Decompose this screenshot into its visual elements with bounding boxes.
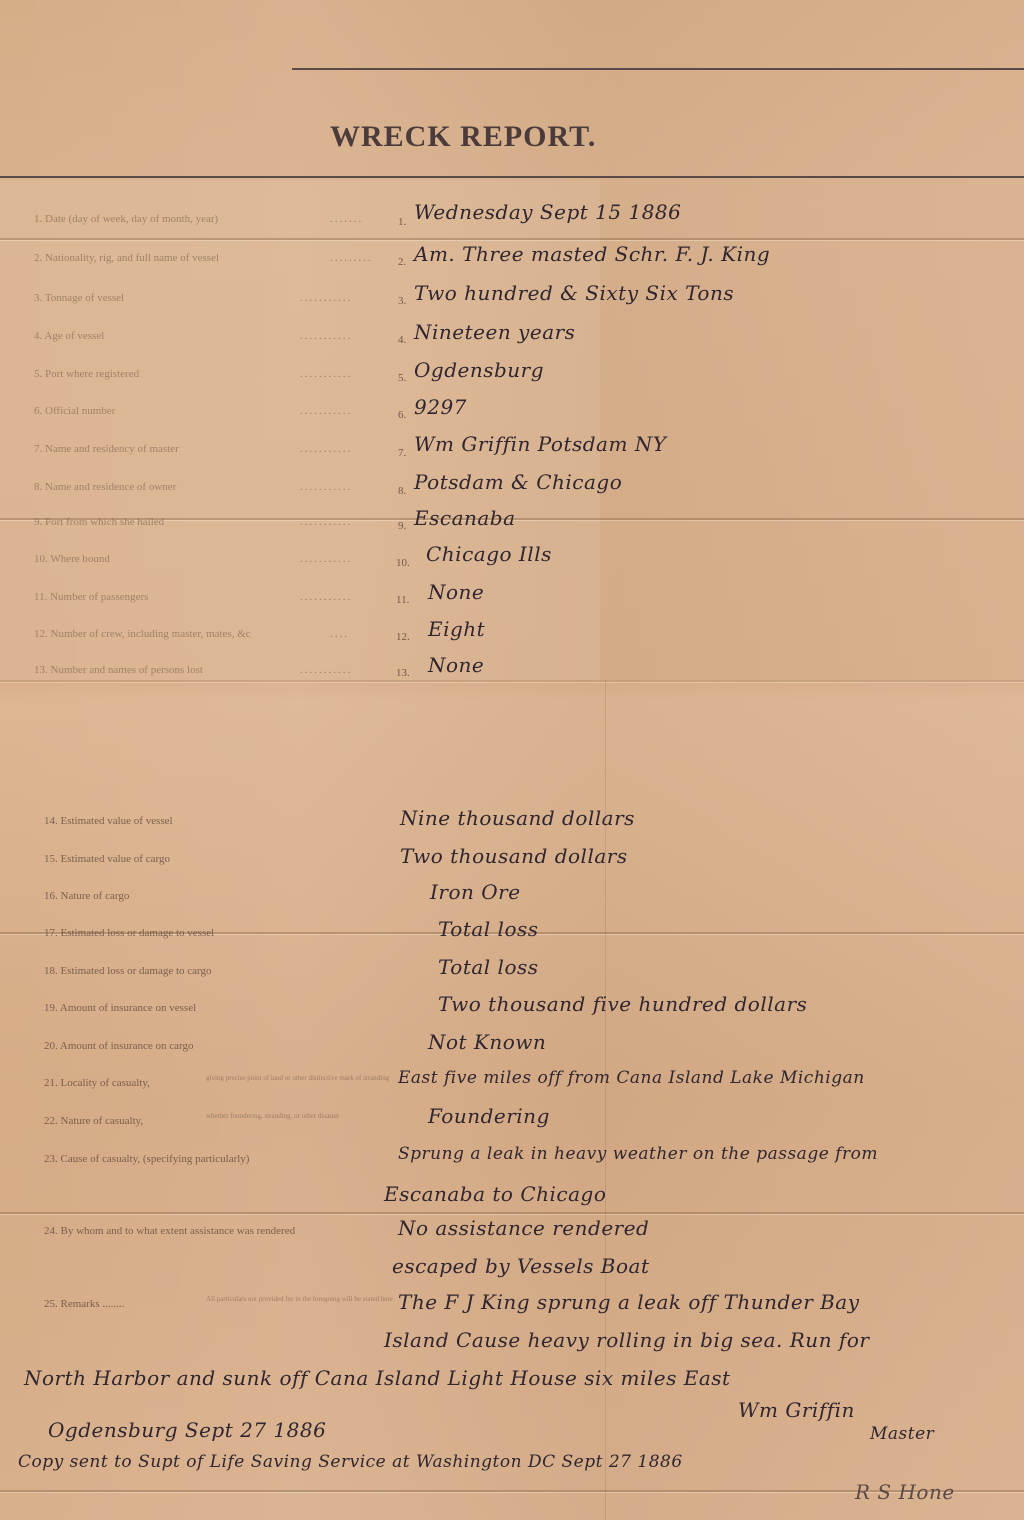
field-label: 4. Age of vessel [34, 330, 104, 342]
answer-number: 8. [398, 485, 406, 497]
answer-official-number: 9297 [414, 395, 467, 419]
field-hint: giving precise point of land or other di… [206, 1074, 386, 1083]
top-rule [292, 68, 1024, 70]
answer-cargo-loss: Total loss [438, 955, 539, 979]
field-label: 17. Estimated loss or damage to vessel [44, 927, 214, 939]
field-label: 6. Official number [34, 405, 115, 417]
fold-line [0, 238, 1024, 240]
leader-dots: .... [330, 628, 349, 640]
countersignature: R S Hone [855, 1480, 955, 1504]
answer-locality: East five miles off from Cana Island Lak… [398, 1068, 865, 1088]
leader-dots: ........... [300, 664, 352, 676]
leader-dots: ........... [300, 368, 352, 380]
answer-crew: Eight [428, 617, 485, 641]
field-hint: whether foundering, stranding, or other … [206, 1112, 386, 1121]
answer-port-from: Escanaba [414, 506, 516, 530]
field-label: 11. Number of passengers [34, 591, 148, 603]
leader-dots: ........... [300, 591, 352, 603]
place-date: Ogdensburg Sept 27 1886 [48, 1418, 326, 1442]
answer-number: 2. [398, 256, 406, 268]
answer-assistance-continued: escaped by Vessels Boat [392, 1254, 650, 1278]
field-label: 3. Tonnage of vessel [34, 292, 124, 304]
field-label: 21. Locality of casualty, [44, 1077, 150, 1089]
answer-cargo-insurance: Not Known [428, 1030, 546, 1054]
answer-master: Wm Griffin Potsdam NY [414, 432, 667, 456]
field-hint: All particulars not provided for in the … [206, 1295, 386, 1304]
field-label: 12. Number of crew, including master, ma… [34, 628, 251, 640]
answer-persons-lost: None [428, 653, 484, 677]
field-label: 2. Nationality, rig, and full name of ve… [34, 252, 219, 264]
answer-vessel-name: Am. Three masted Schr. F. J. King [414, 242, 770, 266]
answer-cause: Sprung a leak in heavy weather on the pa… [398, 1144, 878, 1164]
answer-remarks-line2: Island Cause heavy rolling in big sea. R… [384, 1328, 869, 1352]
field-label: 8. Name and residence of owner [34, 481, 176, 493]
field-label: 16. Nature of cargo [44, 890, 129, 902]
leader-dots: ........... [300, 553, 352, 565]
answer-tonnage: Two hundred & Sixty Six Tons [414, 281, 734, 305]
answer-number: 4. [398, 334, 406, 346]
answer-number: 10. [396, 557, 410, 569]
answer-date: Wednesday Sept 15 1886 [414, 200, 681, 224]
answer-vessel-insurance: Two thousand five hundred dollars [438, 992, 807, 1016]
field-label: 19. Amount of insurance on vessel [44, 1002, 196, 1014]
field-label: 23. Cause of casualty, (specifying parti… [44, 1153, 249, 1165]
answer-nature-casualty: Foundering [428, 1104, 550, 1128]
answer-number: 7. [398, 447, 406, 459]
field-label: 24. By whom and to what extent assistanc… [44, 1225, 295, 1237]
leader-dots: ....... [330, 213, 363, 225]
leader-dots: ........... [300, 405, 352, 417]
answer-where-bound: Chicago Ills [426, 542, 552, 566]
answer-number: 6. [398, 409, 406, 421]
answer-number: 12. [396, 631, 410, 643]
field-label: 1. Date (day of week, day of month, year… [34, 213, 218, 225]
field-label: 15. Estimated value of cargo [44, 853, 170, 865]
master-title: Master [870, 1424, 934, 1444]
answer-vessel-loss: Total loss [438, 917, 539, 941]
field-label: 25. Remarks ........ [44, 1298, 124, 1310]
answer-remarks: The F J King sprung a leak off Thunder B… [398, 1290, 860, 1314]
master-signature: Wm Griffin [738, 1398, 855, 1422]
field-label: 22. Nature of casualty, [44, 1115, 143, 1127]
answer-vessel-value: Nine thousand dollars [400, 806, 635, 830]
copy-note: Copy sent to Supt of Life Saving Service… [18, 1452, 683, 1472]
answer-number: 11. [396, 594, 409, 606]
leader-dots: ......... [330, 252, 373, 264]
field-label: 9. Port from which she hailed [34, 516, 164, 528]
leader-dots: ........... [300, 330, 352, 342]
answer-number: 1. [398, 216, 406, 228]
leader-dots: ........... [300, 292, 352, 304]
answer-number: 3. [398, 295, 406, 307]
answer-cargo-nature: Iron Ore [430, 880, 521, 904]
answer-age: Nineteen years [414, 320, 575, 344]
answer-number: 5. [398, 372, 406, 384]
document-title: WRECK REPORT. [330, 120, 596, 154]
leader-dots: ........... [300, 516, 352, 528]
answer-cause-continued: Escanaba to Chicago [384, 1182, 606, 1206]
field-label: 18. Estimated loss or damage to cargo [44, 965, 212, 977]
title-underline-rule [0, 176, 1024, 178]
answer-number: 9. [398, 520, 406, 532]
leader-dots: ........... [300, 443, 352, 455]
answer-port-registered: Ogdensburg [414, 358, 544, 382]
fold-line [0, 1212, 1024, 1214]
answer-number: 13. [396, 667, 410, 679]
answer-cargo-value: Two thousand dollars [400, 844, 628, 868]
field-label: 5. Port where registered [34, 368, 139, 380]
field-label: 13. Number and names of persons lost [34, 664, 203, 676]
field-label: 7. Name and residency of master [34, 443, 179, 455]
answer-owner: Potsdam & Chicago [414, 470, 622, 494]
field-label: 14. Estimated value of vessel [44, 815, 173, 827]
field-label: 10. Where bound [34, 553, 110, 565]
answer-remarks-line3: North Harbor and sunk off Cana Island Li… [24, 1366, 731, 1390]
leader-dots: ........... [300, 481, 352, 493]
fold-line [0, 680, 1024, 682]
answer-assistance: No assistance rendered [398, 1216, 649, 1240]
answer-passengers: None [428, 580, 484, 604]
field-label: 20. Amount of insurance on cargo [44, 1040, 194, 1052]
